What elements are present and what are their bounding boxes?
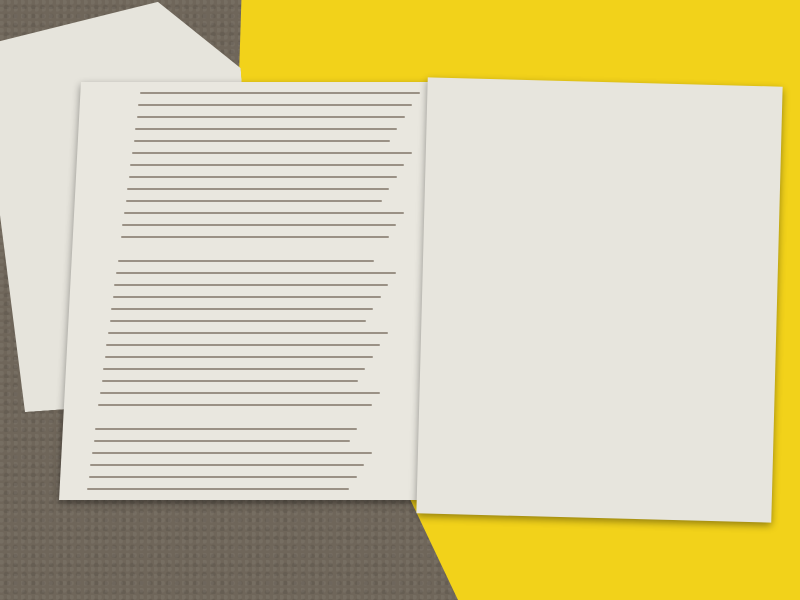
handwriting-stroke	[116, 272, 396, 274]
scene-description: Photograph of an open antique bifolio ma…	[8, 583, 425, 594]
handwriting-stroke	[105, 356, 373, 358]
handwriting-stroke	[140, 92, 420, 94]
manuscript-left-page	[59, 82, 441, 500]
handwriting-stroke	[100, 392, 380, 394]
handwriting-stroke	[130, 164, 404, 166]
handwriting-stroke	[113, 296, 381, 298]
handwriting-stroke	[127, 188, 389, 190]
handwriting-stroke	[111, 308, 373, 310]
handwriting-stroke	[94, 440, 350, 442]
handwriting-stroke	[89, 476, 357, 478]
handwriting-stroke	[134, 140, 390, 142]
handwriting-stroke	[108, 332, 388, 334]
handwriting-stroke	[126, 200, 382, 202]
handwriting-stroke	[92, 452, 372, 454]
handwriting-stroke	[98, 404, 372, 406]
handwriting-stroke	[129, 176, 397, 178]
handwriting-stroke	[138, 104, 412, 106]
handwriting-stroke	[132, 152, 412, 154]
handwriting-stroke	[90, 464, 364, 466]
handwriting-stroke	[103, 368, 365, 370]
handwriting-stroke	[124, 212, 404, 214]
handwriting-stroke	[95, 428, 357, 430]
handwriting-stroke	[118, 260, 374, 262]
handwriting-stroke	[135, 128, 397, 130]
handwriting-stroke	[114, 284, 388, 286]
handwriting-stroke	[121, 236, 389, 238]
handwriting-stroke	[110, 320, 366, 322]
handwriting-stroke	[106, 344, 380, 346]
handwriting-stroke	[137, 116, 405, 118]
handwriting-stroke	[102, 380, 358, 382]
handwriting-stroke	[122, 224, 396, 226]
handwriting-stroke	[87, 488, 349, 490]
manuscript-right-page	[416, 77, 782, 522]
